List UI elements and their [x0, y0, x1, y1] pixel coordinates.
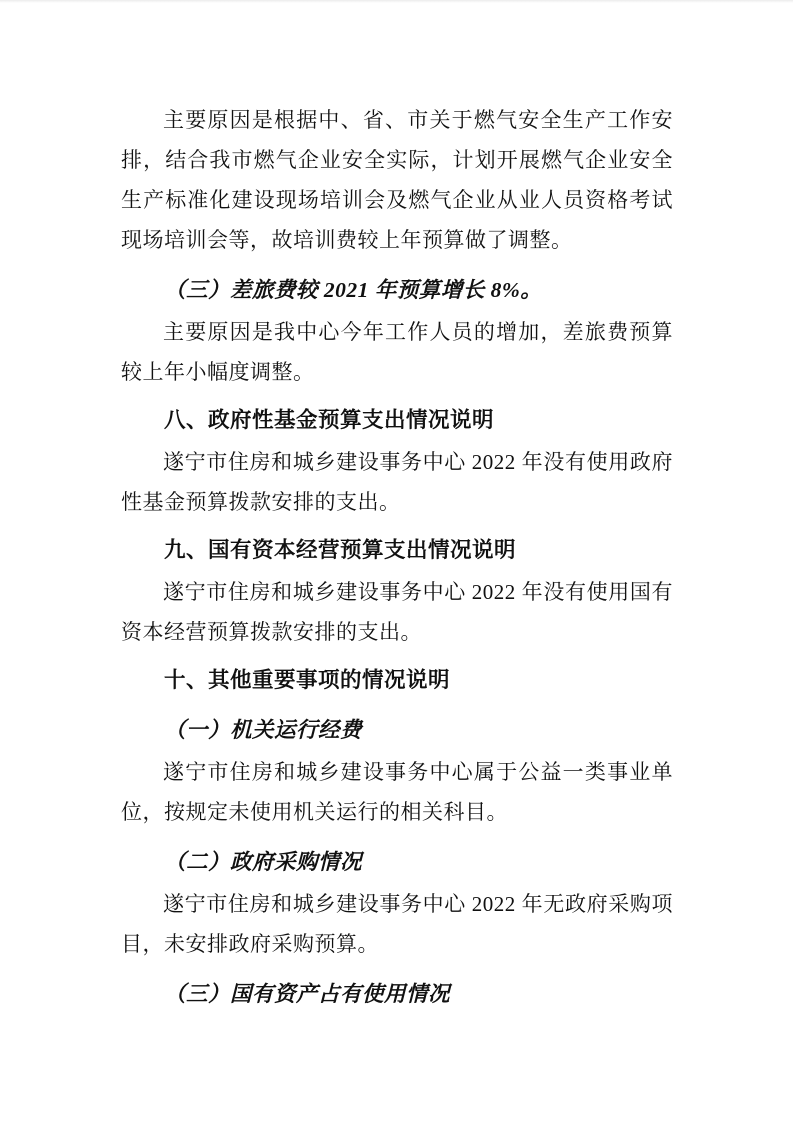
- body-paragraph-government-procurement: 遂宁市住房和城乡建设事务中心 2022 年无政府采购项目，未安排政府采购预算。: [121, 884, 673, 964]
- body-paragraph-agency-operating-expense: 遂宁市住房和城乡建设事务中心属于公益一类事业单位，按规定未使用机关运行的相关科目…: [121, 752, 673, 832]
- scan-edge-shade: [0, 0, 793, 3]
- subsection-heading-agency-operating-expense: （一）机关运行经费: [121, 710, 673, 750]
- subsection-heading-government-procurement: （二）政府采购情况: [121, 842, 673, 882]
- body-paragraph-training-fee-reason: 主要原因是根据中、省、市关于燃气安全生产工作安排，结合我市燃气企业安全实际，计划…: [121, 100, 673, 260]
- subsection-heading-travel-expense: （三）差旅费较 2021 年预算增长 8%。: [121, 270, 673, 310]
- body-paragraph-state-capital-budget: 遂宁市住房和城乡建设事务中心 2022 年没有使用国有资本经营预算拨款安排的支出…: [121, 572, 673, 652]
- subsection-heading-state-assets-usage: （三）国有资产占有使用情况: [121, 974, 673, 1014]
- body-paragraph-government-fund-budget: 遂宁市住房和城乡建设事务中心 2022 年没有使用政府性基金预算拨款安排的支出。: [121, 442, 673, 522]
- section-heading-8-government-fund-budget: 八、政府性基金预算支出情况说明: [121, 400, 673, 440]
- section-heading-9-state-capital-budget: 九、国有资本经营预算支出情况说明: [121, 530, 673, 570]
- document-page: 主要原因是根据中、省、市关于燃气安全生产工作安排，结合我市燃气企业安全实际，计划…: [0, 0, 793, 1122]
- section-heading-10-other-important-matters: 十、其他重要事项的情况说明: [121, 660, 673, 700]
- body-paragraph-travel-expense-reason: 主要原因是我中心今年工作人员的增加，差旅费预算较上年小幅度调整。: [121, 312, 673, 392]
